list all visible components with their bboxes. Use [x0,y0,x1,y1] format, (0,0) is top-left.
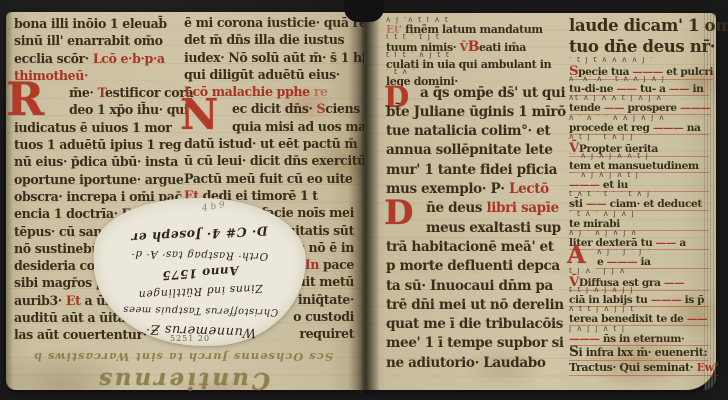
text-run: ecclia scōr· [14,51,93,66]
text-line: ʌ ʃ ʼ ʌ ʃ ʌ ʃ ʌliter dexterā tu —— a [569,230,715,249]
text-run: bona illi inōio 1 eleuab̄ [14,16,167,31]
text-run: ē mi corona iusticie· quā re [184,15,367,30]
text-run: quia misi ad uos man [232,119,375,134]
text-run: ciā in labijs tu [569,294,651,306]
neume-row: ʼ t ʃ t ʌ ʌ ʌ ʌ ʃ ʼ [569,57,715,64]
text-run: te mirabi [569,218,620,230]
text-run: is p̄ [681,294,704,306]
text-run: nū eius· p̄dica ūbū· insta [14,154,178,169]
text-line: Rm̄e· Testificor corā [14,84,182,101]
faded-number: 5251 20 [170,334,210,343]
text-run: ——— [607,256,638,268]
text-run: in [689,83,703,95]
text-run: —— [616,83,636,95]
text-run: na [683,122,700,134]
text-line: t ʃ ʌ ʼ ʃ ʃ ʌV̄Diffusa est gra —— [569,268,715,287]
text-run: iudicatus ē uiuos 1 mor [14,120,171,135]
text-run: tu- a [637,83,669,95]
text-run: ——— [651,294,682,306]
neume-row: t ʃ ʌ ʼ ʃ ʃ ʌ [569,268,715,275]
text-run: ——— [569,179,600,191]
neume-row: ʃ ʌ ʃ ʃ ʌ t ʃ [569,326,715,333]
text-line: ʌt ʌ ʃ ʌ ʌ t ʃ ʌ ʃ ʌtende —— prospere ——… [569,95,715,114]
text-line: ʌ ʃ ʼʌ t ſ ʌ tEt' finēm latum mandatum [386,17,564,34]
rubric-line: Si infra lxx m̄· euenerit: [569,345,715,361]
text-line: laude dicam' 1 omini [569,15,715,36]
text-run: iniq̄tate· [298,292,354,307]
text-run: libri sapīe [487,200,559,216]
text-line: datū istud· ut eēt pactū m̄ [184,135,356,152]
text-run: m̄e· [69,85,98,100]
text-line: quia misi ad uos man [184,118,356,135]
text-run: Et [66,293,81,308]
text-line: ē mi corona iusticie· quā re [184,14,356,31]
text-run: i infra lxx m̄· euenerit: [579,346,708,359]
text-run: laude dicam' 1 omini [569,15,728,35]
text-line: ʃ ʌ ʃ ʃ ʌ t ʃ——— n̄s in eternum· [569,326,715,345]
neume-row: ʌ ʃ ʼ ʃ ʼ ʃ ʼ [597,249,715,256]
text-run: —— [586,198,606,210]
text-line: deo 1 xp̄o ih̄u· qui [14,101,182,118]
text-run: ——— [653,122,684,134]
text-run: —— [656,237,676,249]
text-line: ʌ t t ʃ ʌ ʃ ʃ tterea benedixit te de —— [569,306,715,325]
neume-row: ʼ t ʌ ʼ ʌ ʃ ʌ ʃ [569,211,715,218]
inscription-large-word: Cuntiernus [16,364,350,394]
text-run: a q̄s omp̄e ds̄' ut qui [420,85,565,101]
text-run: iudex· Nō solū aūt m̄· s̄ 1 hi [184,50,366,65]
inscription-small-line: Scs Ochsenns Jurch ta sint Warcastiws b [16,346,350,364]
text-line: t ʌ t ʼ t ʼ ʼ t ʌ ʃst̄i —— ciam· et dedu… [569,191,715,210]
text-run: deo 1 xp̄o ih̄u· qui [69,102,188,117]
text-run: prospere [624,102,680,114]
text-run: Pactū meū fuit cū eo uite [184,171,353,186]
text-run: aurib3· [14,293,66,308]
text-line: qui diligūt aduētū eius· [184,66,356,83]
text-run: ——— [569,333,600,345]
text-line: ū cū leui· dicit dn̄s exercitū [184,152,356,169]
text-run: Lectō [509,181,549,197]
text-run: re [310,84,328,99]
text-run: S [317,101,326,116]
text-line: Nec dicit dn̄s· Sciens [184,100,356,117]
text-run: T [98,85,106,100]
text-run: ciens [325,101,360,116]
text-line: Pactū meū fuit cū eo uite [184,170,356,187]
neume-row: t t ʃ ʌ ʃ ʌ ʃ ʃ [569,287,715,294]
upside-down-inscription: Cuntiernus Scs Ochsenns Jurch ta sint Wa… [16,338,350,394]
text-run: Lcō e·b·p·a [93,51,165,66]
neume-row: ʌt ʌ ʃ ʌ ʌ t ʃ ʌ ʃ ʌ [569,95,715,102]
text-run: p morte defluenti depca [386,258,560,274]
text-run: ne adiutorio· Laudabo [386,355,546,371]
text-line: ſ t t ʼ t ʃ ttuum nimis· V̄Beati im̄a [386,34,564,51]
left-page-edge [6,12,13,390]
text-run: annua sollēpnitate lete [386,142,553,158]
text-line: bona illi inōio 1 eleuab̄ [14,15,182,32]
text-run: o custodi [293,309,354,324]
neume-row: ʼʼ ʌ ʃ ʌ ʃ ʌ ʌ t ʃ [569,153,715,160]
drop-cap: A [567,245,585,265]
text-run: procede et reg [569,122,653,134]
text-run: a [676,237,686,249]
text-run: tuos 1 aduētū ipius 1 reg [14,137,181,152]
text-run: tende [569,102,604,114]
text-line: tuos 1 aduētū ipius 1 reg [14,136,182,153]
text-run: Ew° [697,361,719,374]
text-run: bt̄e Juliane ūginis 1 mīrō [386,104,566,120]
left-page: bona illi inōio 1 eleuab̄sinū ill' enarr… [6,12,364,390]
text-run: n̄e deus [426,200,487,216]
right-page-music-column: laude dicam' 1 ominituo dn̄e deus nr̄·ʼ … [569,15,715,376]
text-run: meus exaltasti sup [426,220,561,236]
text-run: —— [669,83,689,95]
text-line: ʼʼ ʌ ʃ ʌ ʃ ʌ t ʃ——— et iu [569,172,715,191]
neume-row: ʼʼ ʌ ʃ ʌ ʃ ʌ t ʃ [569,172,715,179]
text-run: ——— [680,102,711,114]
text-line: ʌ ʼ ʌ ʼ ʼ ʌ ʌ ʃ ʌ ʃ ʌprocede et reg ——— … [569,115,715,134]
text-run: trā habitacionē meā' et [386,239,554,255]
text-line: nū eius· p̄dica ūbū· insta [14,153,182,170]
text-run: trē dn̄i mei ut nō derelin [386,297,564,313]
text-run: terea benedixit te de [569,313,687,325]
text-line: ʼ t ʌ ʼ ʌ ʃ ʌ ʃte mirabi [569,211,715,230]
text-line: det m̄ dn̄s illa die iustus [184,31,356,48]
text-line: t ſ t ʼ ʌ ʃ t tculati in uia qui ambulan… [386,52,564,69]
text-run: pace [319,257,354,272]
text-line: iudicatus ē uiuos 1 mor [14,119,182,136]
text-run: datū istud· ut eēt pactū m̄ [184,136,357,151]
text-run: sinū ill' enarrabit om̄o [14,33,163,48]
text-line: iudex· Nō solū aūt m̄· s̄ 1 hi [184,49,356,66]
text-run: oportune iportune· argue [14,172,183,187]
neume-row: ʌʼ ʌʼ ʌ ʼ t ʌ ʌ ʃ ʌ ʃ [569,76,715,83]
text-run: tue natalicia colim°· et [386,123,550,139]
text-line: sinū ill' enarrabit om̄o [14,32,182,49]
text-run: et iu [600,179,628,191]
text-line: ʌ t ʃ ʼ t ʌ ʃ ʃV̄Propter ūerita [569,134,715,153]
binding-notch [344,0,384,22]
text-run: st̄i [569,198,586,210]
neume-row: ʌ ʃ ʼ ʌ ʃ ʌ ʃ ʌ [569,230,715,237]
text-run: tu-di-ne [569,83,616,95]
text-run: ciam· et deducet [606,198,701,210]
paper-patch: Wunnemerus Ƶ·Christofferus Tastpuis mees… [93,196,308,348]
text-run: tuo dn̄e deus nr̄· [569,36,715,56]
photograph-of-manuscript: { "colors":{ "background":"#1a191a","par… [0,0,728,400]
text-run: ū cū leui· dicit dn̄s exercitū [184,153,366,168]
text-line: tuo dn̄e deus nr̄· [569,36,715,57]
right-page-column-1: ʌ ʃ ʼʌ t ſ ʌ tEt' finēm latum mandatumſ … [386,17,564,376]
text-run: mur' 1 tante fidei pficia [386,162,557,178]
text-run: S [569,344,579,360]
neume-row: ʌ t t ʃ ʌ ʃ ʃ t [569,306,715,313]
text-run: qui diligūt aduētū eius· [184,67,340,82]
text-run: n̄s in eternum· [600,333,685,345]
text-line: oportune iportune· argue [14,171,182,188]
text-run: tem et mansuetudinem [569,160,699,172]
neume-row: ʌ t ʃ ʼ t ʌ ʃ ʃ [569,134,715,141]
text-line: ʼ t ʃ t ʌ ʌ ʌ ʌ ʃ ʼSpecie tua ——— et pul… [569,57,715,76]
text-run: In [305,257,319,272]
text-line: t t ʃ ʌ ʃ ʌ ʃ ʃciā in labijs tu ——— is p… [569,287,715,306]
text-line: ʌʼ ʌʼ ʌ ʼ t ʌ ʌ ʃ ʌ ʃtu-di-ne —— tu- a —… [569,76,715,95]
text-run: —— [604,102,624,114]
text-line: ecclia scōr· Lcō e·b·p·a [14,50,182,67]
neume-row: ʌ ʼ ʌ ʼ ʼ ʌ ʌ ʃ ʌ ʃ ʌ [569,115,715,122]
text-run: ta sū· Inuocaui dn̄m pa [386,278,553,294]
text-line: ʌ ʃ ʼ ʃ ʼ ʃ ʼAe ——— ia [569,249,715,268]
text-run: quat me ī die tribulacōis [386,316,563,332]
text-run: e [597,256,607,268]
text-run: Tractus· Qui seminat· [569,361,697,374]
rubric-line: Tractus· Qui seminat· Ew° [569,360,715,376]
text-run: mee' 1 ī tempe supbor si [386,335,564,351]
right-page: ʌ ʃ ʼʌ t ſ ʌ tEt' finēm latum mandatumſ … [364,13,716,390]
text-run: —— [687,313,707,325]
text-line: ne adiutorio· Laudabo [386,357,564,376]
text-run: det m̄ dn̄s illa die iustus [184,32,344,47]
text-run: ia [637,256,650,268]
patch-inscription: Wunnemerus Ƶ·Christofferus Tastpuis mees… [105,206,295,339]
text-line: ʼʼ ʌ ʃ ʌ ʃ ʌ ʌ t ʃtem et mansuetudinem [569,153,715,172]
text-run: ec dicit dn̄s· [232,101,317,116]
